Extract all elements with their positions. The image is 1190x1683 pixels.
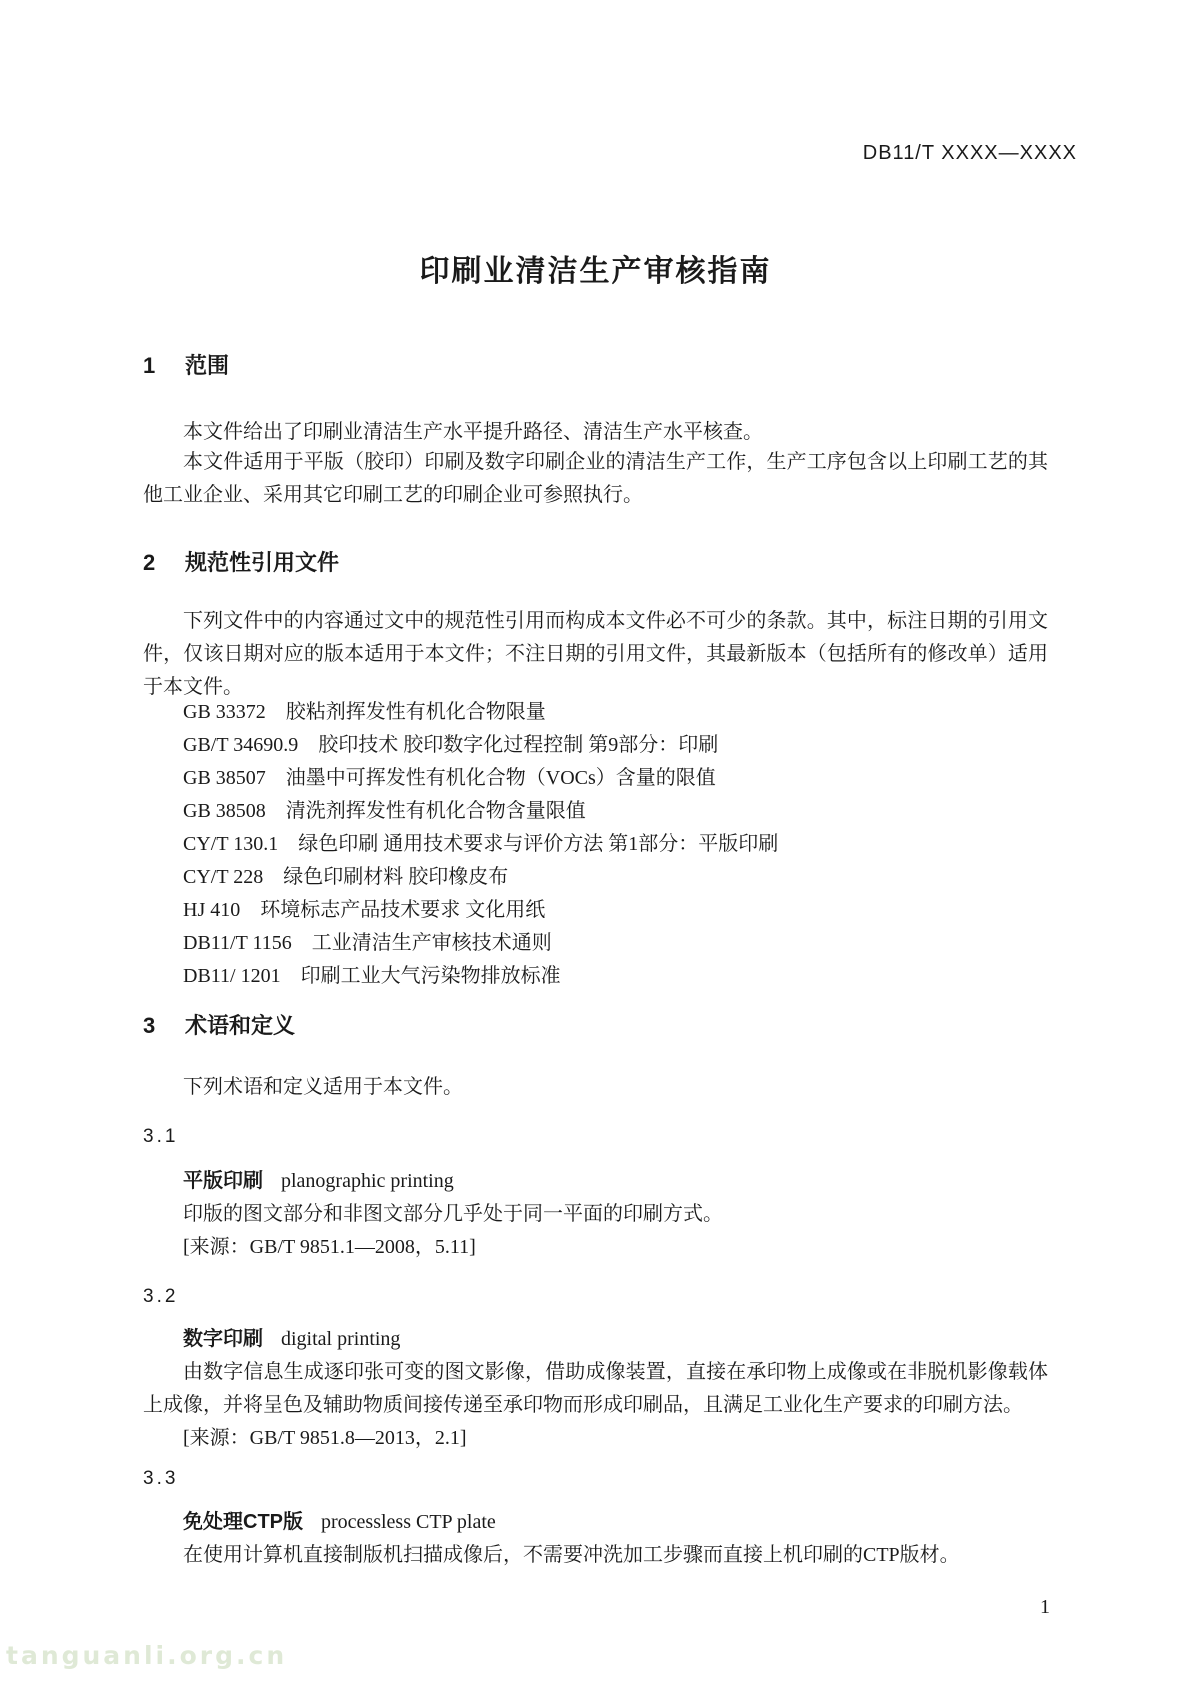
reference-item: GB 38508 清洗剂挥发性有机化合物含量限值 <box>143 795 1048 828</box>
reference-item: DB11/T 1156 工业清洁生产审核技术通则 <box>143 927 1048 960</box>
watermark: tanguanli.org.cn <box>6 1641 287 1671</box>
reference-list: GB 33372 胶粘剂挥发性有机化合物限量 GB/T 34690.9 胶印技术… <box>143 696 1048 993</box>
term-3-definition: 在使用计算机直接制版机扫描成像后，不需要冲洗加工步骤而直接上机印刷的CTP版材。 <box>143 1539 1048 1572</box>
scope-paragraph-1: 本文件给出了印刷业清洁生产水平提升路径、清洁生产水平核查。 <box>143 416 1048 449</box>
term-3-number: 3.3 <box>143 1467 178 1491</box>
reference-item: HJ 410 环境标志产品技术要求 文化用纸 <box>143 894 1048 927</box>
term-2-name: 数字印刷 <box>183 1328 263 1350</box>
section-3-number: 3 <box>143 1012 185 1039</box>
references-intro: 下列文件中的内容通过文中的规范性引用而构成本文件必不可少的条款。其中，标注日期的… <box>143 605 1048 704</box>
term-2-line: 数字印刷digital printing <box>143 1323 1048 1356</box>
section-1-title: 范围 <box>185 353 229 378</box>
reference-item: GB/T 34690.9 胶印技术 胶印数字化过程控制 第9部分：印刷 <box>143 729 1048 762</box>
reference-item: DB11/ 1201 印刷工业大气污染物排放标准 <box>143 960 1048 993</box>
section-1-number: 1 <box>143 352 185 379</box>
term-1-english: planographic printing <box>281 1170 454 1192</box>
reference-item: CY/T 130.1 绿色印刷 通用技术要求与评价方法 第1部分：平版印刷 <box>143 828 1048 861</box>
standard-code: DB11/T XXXX—XXXX <box>863 141 1077 165</box>
document-title: 印刷业清洁生产审核指南 <box>143 252 1048 292</box>
term-3-name: 免处理CTP版 <box>183 1511 303 1533</box>
reference-item: GB 38507 油墨中可挥发性有机化合物（VOCs）含量的限值 <box>143 762 1048 795</box>
term-1-definition: 印版的图文部分和非图文部分几乎处于同一平面的印刷方式。 <box>143 1198 1048 1231</box>
term-2-english: digital printing <box>281 1328 400 1350</box>
term-2-number: 3.2 <box>143 1285 178 1309</box>
term-1-number: 3.1 <box>143 1125 178 1149</box>
section-1-heading: 1范围 <box>143 352 1048 379</box>
term-3-line: 免处理CTP版processless CTP plate <box>143 1506 1048 1539</box>
page-number: 1 <box>1040 1594 1050 1620</box>
term-2-definition: 由数字信息生成逐印张可变的图文影像，借助成像装置，直接在承印物上成像或在非脱机影… <box>143 1356 1048 1422</box>
section-2-title: 规范性引用文件 <box>185 550 339 575</box>
term-1-name: 平版印刷 <box>183 1170 263 1192</box>
section-2-number: 2 <box>143 549 185 576</box>
reference-item: GB 33372 胶粘剂挥发性有机化合物限量 <box>143 696 1048 729</box>
term-1-line: 平版印刷planographic printing <box>143 1165 1048 1198</box>
scope-paragraph-2: 本文件适用于平版（胶印）印刷及数字印刷企业的清洁生产工作，生产工序包含以上印刷工… <box>143 446 1048 512</box>
section-3-heading: 3术语和定义 <box>143 1012 1048 1039</box>
reference-item: CY/T 228 绿色印刷材料 胶印橡皮布 <box>143 861 1048 894</box>
term-2-source: [来源：GB/T 9851.8—2013，2.1] <box>143 1422 1048 1455</box>
document-page: DB11/T XXXX—XXXX 印刷业清洁生产审核指南 1范围 本文件给出了印… <box>0 0 1190 1683</box>
term-3-english: processless CTP plate <box>321 1511 496 1533</box>
section-3-title: 术语和定义 <box>185 1013 295 1038</box>
section-2-heading: 2规范性引用文件 <box>143 549 1048 576</box>
terms-intro: 下列术语和定义适用于本文件。 <box>143 1071 1048 1104</box>
term-1-source: [来源：GB/T 9851.1—2008，5.11] <box>143 1231 1048 1264</box>
